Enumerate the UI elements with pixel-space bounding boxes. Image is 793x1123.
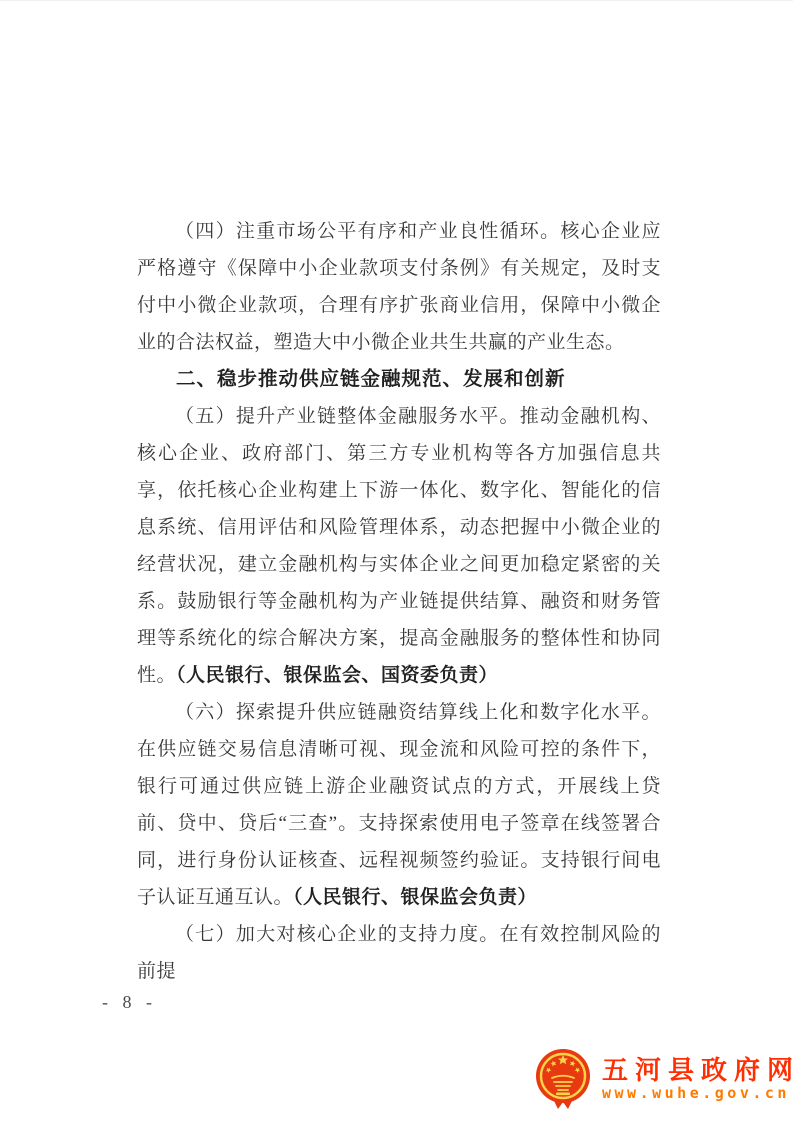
paragraph-5-responsible-parties: （人民银行、银保监会、国资委负责） (176, 665, 498, 686)
site-url: www.wuhe.gov.cn (602, 1084, 793, 1103)
paragraph-5-text: （五）提升产业链整体金融服务水平。推动金融机构、核心企业、政府部门、第三方专业机… (137, 406, 661, 686)
national-emblem-icon (533, 1047, 593, 1111)
document-page: （四）注重市场公平有序和产业良性循环。核心企业应严格遵守《保障中小企业款项支付条… (0, 0, 793, 1123)
paragraph-5: （五）提升产业链整体金融服务水平。推动金融机构、核心企业、政府部门、第三方专业机… (137, 398, 661, 694)
paragraph-7: （七）加大对核心企业的支持力度。在有效控制风险的前提 (137, 916, 661, 990)
page-number: - 8 - (102, 992, 157, 1013)
site-text: 五河县政府网 www.wuhe.gov.cn (602, 1056, 793, 1103)
paragraph-6: （六）探索提升供应链融资结算线上化和数字化水平。在供应链交易信息清晰可视、现金流… (137, 694, 661, 916)
paragraph-6-responsible-parties: （人民银行、银保监会负责） (293, 887, 537, 908)
document-body: （四）注重市场公平有序和产业良性循环。核心企业应严格遵守《保障中小企业款项支付条… (137, 213, 661, 990)
section-heading-2: 二、稳步推动供应链金融规范、发展和创新 (137, 361, 661, 398)
paragraph-7-text: （七）加大对核心企业的支持力度。在有效控制风险的前提 (137, 924, 661, 982)
paragraph-4: （四）注重市场公平有序和产业良性循环。核心企业应严格遵守《保障中小企业款项支付条… (137, 213, 661, 361)
site-watermark: 五河县政府网 www.wuhe.gov.cn (533, 1047, 793, 1111)
paragraph-6-text: （六）探索提升供应链融资结算线上化和数字化水平。在供应链交易信息清晰可视、现金流… (137, 702, 661, 908)
site-name: 五河县政府网 (602, 1056, 793, 1084)
paragraph-4-text: （四）注重市场公平有序和产业良性循环。核心企业应严格遵守《保障中小企业款项支付条… (137, 221, 661, 353)
